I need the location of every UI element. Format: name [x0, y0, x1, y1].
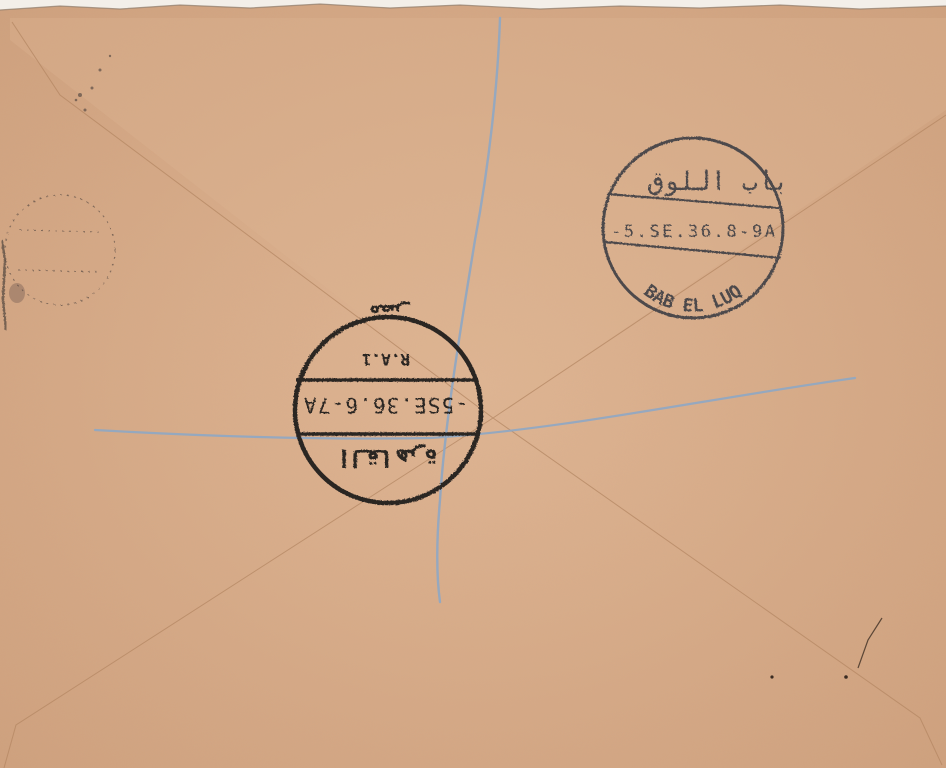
svg-text:مصر: مصر: [367, 299, 410, 326]
svg-text:القاهرة: القاهرة: [337, 444, 438, 472]
svg-text:باب اللوق: باب اللوق: [648, 167, 789, 197]
svg-text:R.A.1: R.A.1: [362, 350, 410, 369]
envelope-back: باب اللوق -5.SE.36.8-9A BAB EL LUQ -5SE.…: [0, 0, 946, 768]
svg-text:-5SE.36.6-7A: -5SE.36.6-7A: [304, 393, 468, 417]
